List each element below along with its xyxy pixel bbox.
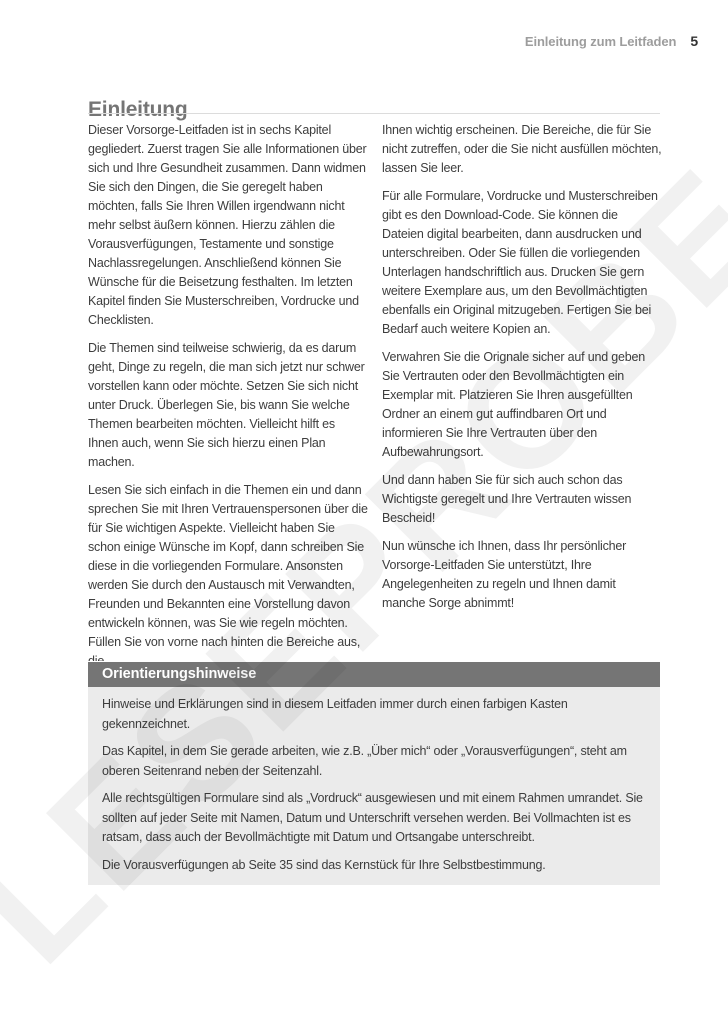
body-paragraph: Nun wünsche ich Ihnen, dass Ihr persönli… [382, 537, 662, 613]
right-column: Ihnen wichtig erscheinen. Die Bereiche, … [382, 121, 662, 661]
info-box-title: Orientierungshinweise [88, 662, 660, 687]
info-box-paragraph: Die Vorausverfügungen ab Seite 35 sind d… [102, 856, 646, 876]
orientation-info-box: Orientierungshinweise Hinweise und Erklä… [88, 662, 660, 885]
body-paragraph: Für alle Formulare, Vordrucke und Muster… [382, 187, 662, 339]
page-number: 5 [690, 33, 698, 49]
document-page: LESEPROBE Einleitung zum Leitfaden 5 Ein… [0, 0, 728, 1030]
body-paragraph: Ihnen wichtig erscheinen. Die Bereiche, … [382, 121, 662, 178]
info-box-paragraph: Alle rechtsgültigen Formulare sind als „… [102, 789, 646, 848]
title-divider [88, 113, 660, 114]
running-head-chapter: Einleitung zum Leitfaden [525, 34, 676, 49]
info-box-body: Hinweise und Erklärungen sind in diesem … [88, 687, 660, 885]
page-title: Einleitung [88, 98, 188, 122]
body-paragraph: Lesen Sie sich einfach in die Themen ein… [88, 481, 368, 661]
body-paragraph: Verwahren Sie die Orignale sicher auf un… [382, 348, 662, 462]
info-box-paragraph: Hinweise und Erklärungen sind in diesem … [102, 695, 646, 734]
running-head: Einleitung zum Leitfaden 5 [525, 33, 698, 49]
info-box-paragraph: Das Kapitel, in dem Sie gerade arbeiten,… [102, 742, 646, 781]
body-columns: Dieser Vorsorge-Leitfaden ist in sechs K… [88, 121, 662, 661]
body-paragraph: Und dann haben Sie für sich auch schon d… [382, 471, 662, 528]
left-column: Dieser Vorsorge-Leitfaden ist in sechs K… [88, 121, 368, 661]
body-paragraph: Die Themen sind teilweise schwierig, da … [88, 339, 368, 472]
body-paragraph: Dieser Vorsorge-Leitfaden ist in sechs K… [88, 121, 368, 330]
